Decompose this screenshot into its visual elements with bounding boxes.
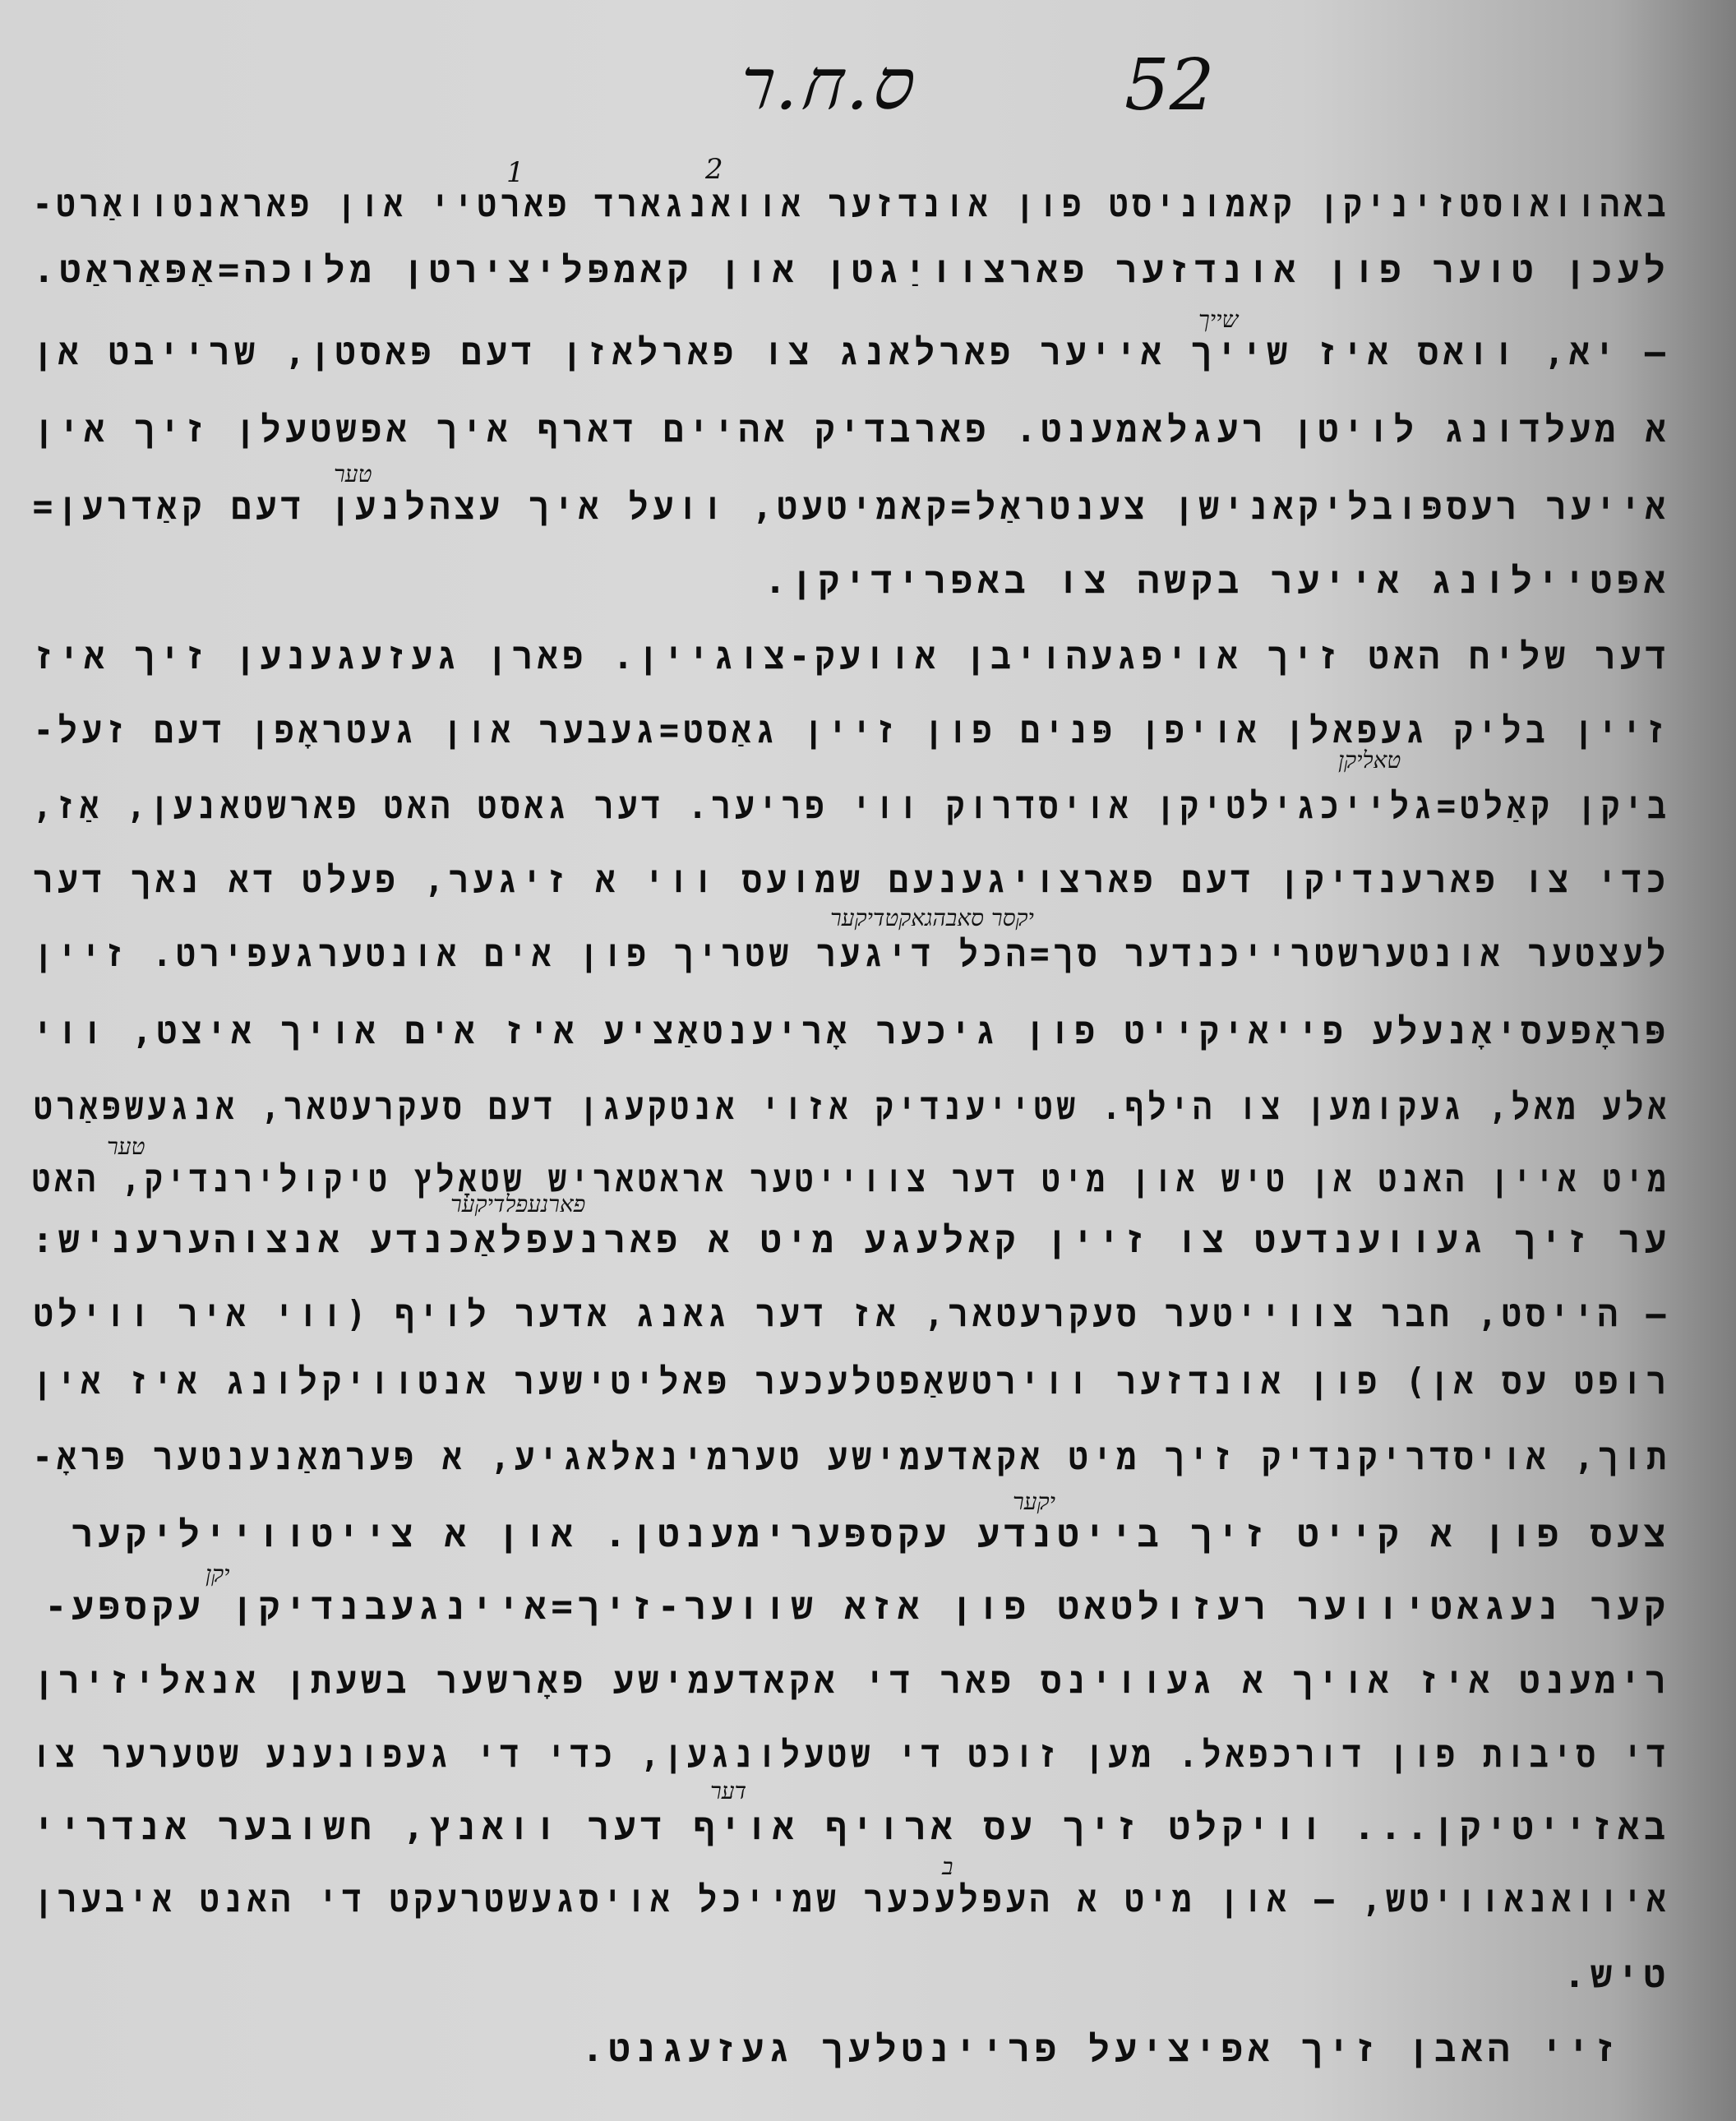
text-line: לעכן טוער פון אונדזער פארצוויַגטן און קא… xyxy=(33,248,1670,293)
text-line: ביקן קאַלט=גלייכגילטיקן אויסדרוק ווי פרי… xyxy=(32,784,1670,829)
handwritten-annotation: יקסר סאבהגאקטדיקער xyxy=(830,904,1034,932)
text-line: דער שליח האט זיך אויפגעהויבן אוועק-צוגיי… xyxy=(34,635,1670,679)
handwritten-annotation: טער xyxy=(334,460,372,488)
handwritten-annotation: פארנעפלדיקער xyxy=(450,1190,585,1218)
footnote-mark-2: 2 xyxy=(705,153,723,186)
text-line: ער זיך געווענדעט צו זיין קאלעגע מיט א פא… xyxy=(32,1218,1670,1263)
text-line: איוואנאוויטש, — און מיט א העפלעכער שמייכ… xyxy=(34,1878,1670,1922)
handwritten-annotation: יקן xyxy=(205,1560,229,1588)
text-line: תוך, אויסדריקנדיק זיך מיט אקאדעמישע טערמ… xyxy=(32,1435,1670,1480)
text-line: באהוואוסטזיניקן קאמוניסט פון אונדזער אוו… xyxy=(33,183,1670,227)
text-line: רימענט איז אויך א געווינס פאר די אקאדעמי… xyxy=(34,1659,1670,1703)
text-line: זיין בליק געפאלן אויפן פּנים פון זיין גא… xyxy=(34,709,1670,753)
text-line: א מעלדונג לויטן רעגלאמענט. פארבדיק אהיים… xyxy=(34,408,1670,452)
text-line: — הייסט, חבר צווייטער סעקרעטאר, אז דער ג… xyxy=(34,1292,1670,1337)
text-line: קער נעגאטיווער רעזולטאט פון אזא שווער-זי… xyxy=(45,1585,1670,1629)
text-line: אפּטיילונג אייער בקשה צו באפרידיקן. xyxy=(764,559,1670,603)
text-line: לעצטער אונטערשטרייכנדער סך=הכל דיגער שטר… xyxy=(34,932,1670,977)
text-line: פּראָפעסיאָנעלע פייאיקייט פון גיכער אָרי… xyxy=(33,1010,1670,1054)
page-header: ס.ח.ר 52 xyxy=(732,45,1241,136)
document-page: ס.ח.ר 52 1 2 באהוואוסטזיניקן קאמוניסט פו… xyxy=(0,0,1736,2121)
text-line: אלע מאל, געקומען צו הילף. שטייענדיק אזוי… xyxy=(34,1085,1670,1130)
text-line: זיי האבן זיך אפיציעל פריינטלעך געזעגנט. xyxy=(582,2027,1621,2072)
handwritten-annotation: ב xyxy=(942,1853,953,1881)
handwritten-annotation: יקער xyxy=(1013,1488,1055,1516)
text-line: מיט איין האנט אן טיש און מיט דער צווייטע… xyxy=(32,1158,1670,1202)
handwritten-annotation: דער xyxy=(710,1777,746,1805)
text-line: באזייטיקן... וויקלט זיך עס ארויף אויף דע… xyxy=(33,1805,1670,1850)
text-line: טיש. xyxy=(1563,1953,1670,1998)
text-line: כדי צו פארענדיקן דעם פארצויגענעם שמועס ו… xyxy=(33,858,1670,903)
text-line: אייער רעספּובליקאנישן צענטראַל=קאמיטעט, … xyxy=(33,485,1670,529)
page-number: 52 xyxy=(1124,50,1214,121)
handwritten-annotation: טער xyxy=(107,1133,145,1161)
text-line: רופט עס אן) פון אונדזער ווירטשאַפטלעכער … xyxy=(32,1360,1670,1404)
text-line: — יא, וואס איז שייך אייער פארלאנג צו פאר… xyxy=(33,330,1670,375)
handwritten-annotation: שייך xyxy=(1198,306,1238,334)
text-line: צעס פון א קייט זיך בייטנדע עקספּערימענטן… xyxy=(72,1513,1670,1557)
handwritten-annotation: טאליקן xyxy=(1338,746,1401,774)
handwritten-label: ס.ח.ר xyxy=(735,49,923,120)
text-line: די סיבות פון דורכפאל. מען זוכט די שטעלונ… xyxy=(32,1733,1670,1777)
